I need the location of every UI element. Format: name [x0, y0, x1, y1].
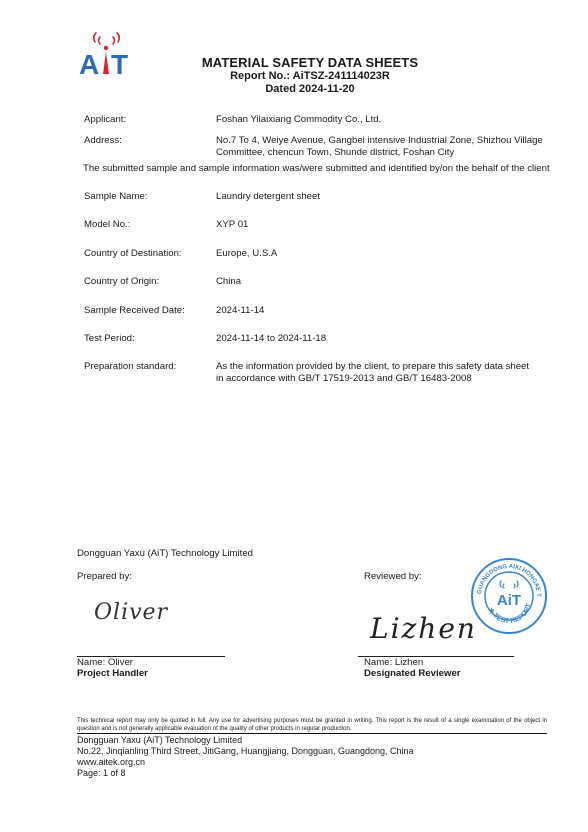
preparer-name: Name: Oliver [77, 657, 148, 668]
field-label-applicant: Applicant: [84, 114, 126, 125]
reviewed-by-label: Reviewed by: [364, 571, 422, 582]
field-value-model-no: XYP 01 [216, 219, 546, 231]
ait-logo-icon: A T [78, 30, 140, 76]
field-value-address: No.7 To 4, Weiye Avenue, Gangbei intensi… [216, 135, 546, 159]
footer-block: Dongguan Yaxu (AiT) Technology Limited N… [77, 735, 414, 779]
footer-website[interactable]: www.aitek.org.cn [77, 757, 414, 768]
test-report-stamp: GUANGDONG AIXI HONGAE TEST TECHNOLOGY LI… [470, 557, 548, 635]
field-value-destination: Europe, U.S.A [216, 248, 546, 260]
reviewer-signature: Lizhen [370, 612, 477, 645]
field-label-sample-name: Sample Name: [84, 191, 147, 202]
preparer-signature: Oliver [94, 600, 168, 625]
field-value-sample-name: Laundry detergent sheet [216, 191, 546, 203]
preparer-block: Name: Oliver Project Handler [77, 657, 148, 679]
field-label-destination: Country of Destination: [84, 248, 182, 259]
footer-divider [77, 733, 547, 734]
svg-text:T: T [111, 49, 128, 76]
report-number: Report No.: AiTSZ-241114023R [140, 70, 480, 83]
reviewer-block: Name: Lizhen Designated Reviewer [364, 657, 461, 679]
issuing-company: Dongguan Yaxu (AiT) Technology Limited [77, 548, 253, 559]
page-number: Page: 1 of 8 [77, 768, 414, 779]
field-value-preparation-standard: As the information provided by the clien… [216, 361, 536, 385]
footer-address: No.22, Jinqianling Third Street, JitiGan… [77, 746, 414, 757]
svg-text:A: A [79, 49, 99, 76]
field-value-test-period: 2024-11-14 to 2024-11-18 [216, 333, 546, 345]
submission-notice: The submitted sample and sample informat… [83, 163, 553, 175]
ait-logo: A T [78, 30, 140, 76]
report-date: Dated 2024-11-20 [140, 83, 480, 96]
document-title: MATERIAL SAFETY DATA SHEETS [140, 56, 480, 70]
reviewer-role: Designated Reviewer [364, 668, 461, 679]
field-label-received-date: Sample Received Date: [84, 305, 185, 316]
reviewer-name: Name: Lizhen [364, 657, 461, 668]
field-label-address: Address: [84, 135, 122, 146]
footer-company: Dongguan Yaxu (AiT) Technology Limited [77, 735, 414, 746]
title-block: MATERIAL SAFETY DATA SHEETS Report No.: … [140, 56, 480, 96]
field-value-received-date: 2024-11-14 [216, 305, 546, 317]
field-value-applicant: Foshan Yilaixiang Commodity Co., Ltd. [216, 114, 546, 126]
svg-text:AiT: AiT [497, 592, 521, 609]
field-label-preparation-standard: Preparation standard: [84, 361, 176, 372]
field-label-origin: Country of Origin: [84, 276, 159, 287]
field-value-origin: China [216, 276, 546, 288]
stamp-icon: GUANGDONG AIXI HONGAE TEST TECHNOLOGY LI… [470, 557, 548, 635]
field-label-test-period: Test Period: [84, 333, 135, 344]
disclaimer: This technical report may only be quoted… [77, 718, 547, 733]
field-label-model-no: Model No.: [84, 219, 130, 230]
preparer-role: Project Handler [77, 668, 148, 679]
prepared-by-label: Prepared by: [77, 571, 132, 582]
